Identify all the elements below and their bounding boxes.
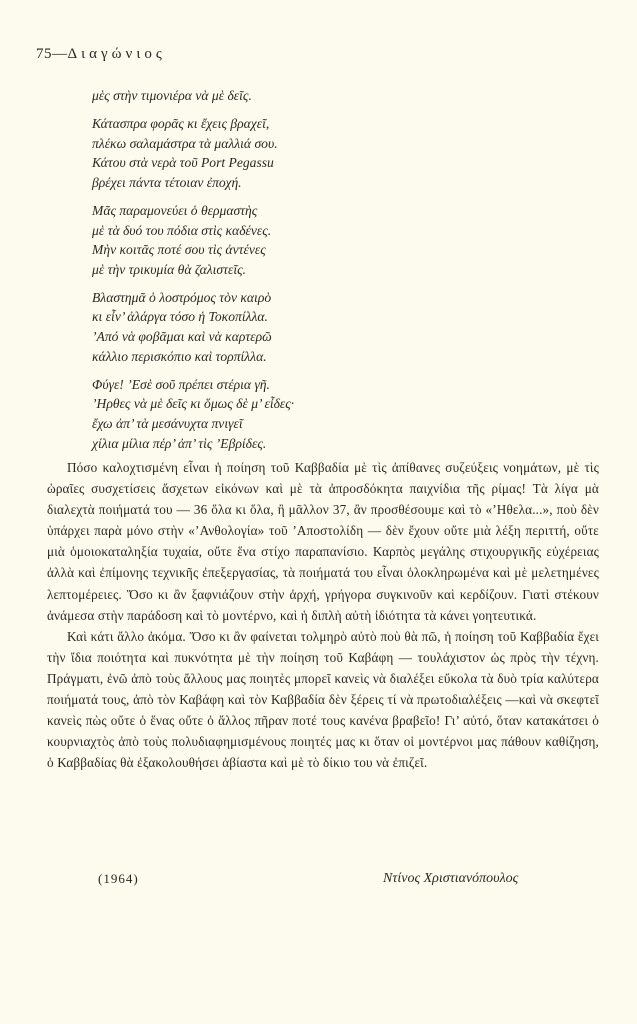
poem-line: Φύγε! ’Εσὲ σοῦ πρέπει στέρια γῆ. [92,375,512,395]
poem-stanza: μὲς στὴν τιμονιέρα νὰ μὲ δεῖς. [92,86,512,106]
essay-body: Πόσο καλοχτισμένη εἶναι ἡ ποίηση τοῦ Καβ… [47,457,599,773]
poem-stanza: Κάτασπρα φορᾶς κι ἔχεις βραχεῖ, πλέκω σα… [92,114,512,192]
poem-line: χίλια μίλια πέρ’ ἀπ’ τὶς ’Εβρίδες. [92,434,512,454]
author-signature: Ντίνος Χριστιανόπουλος [383,871,518,887]
poem-line: Μᾶς παραμονεύει ὁ θερμαστὴς [92,201,512,221]
poem-line: βρέχει πάντα τέτοιαν ἐποχή. [92,173,512,193]
poem-line: μὲ τὴν τρικυμία θὰ ζαλιστεῖς. [92,260,512,280]
publication-year: (1964) [98,871,139,887]
poem-line: μὲ τὰ δυό του πόδια στὶς καδένες. [92,221,512,241]
poem-line: ’Ηρθες νὰ μὲ δεῖς κι ὅμως δὲ μ’ εἶδες· [92,394,512,414]
header-separator: — [52,46,68,62]
poem-line: Κάτου στὰ νερὰ τοῦ Port Pegassu [92,153,512,173]
poem-stanza: Μᾶς παραμονεύει ὁ θερμαστὴς μὲ τὰ δυό το… [92,201,512,279]
poem-line: Κάτασπρα φορᾶς κι ἔχεις βραχεῖ, [92,114,512,134]
poem-line: μὲς στὴν τιμονιέρα νὰ μὲ δεῖς. [92,86,512,106]
poem-stanza: Φύγε! ’Εσὲ σοῦ πρέπει στέρια γῆ. ’Ηρθες … [92,375,512,453]
poem-line: πλέκω σαλαμάστρα τὰ μαλλιά σου. [92,134,512,154]
poem-stanza: Βλαστημᾶ ὁ λοστρόμος τὸν καιρὸ κι εἶν’ ἀ… [92,288,512,366]
poem-excerpt: μὲς στὴν τιμονιέρα νὰ μὲ δεῖς. Κάτασπρα … [92,86,512,462]
document-page: 75—Διαγώνιος μὲς στὴν τιμονιέρα νὰ μὲ δε… [0,0,637,1024]
poem-line: ἔχω ἀπ’ τὰ μεσάνυχτα πνιγεῖ [92,414,512,434]
poem-line: κι εἶν’ ἀλάργα τόσο ἡ Τοκοπίλλα. [92,307,512,327]
poem-line: Βλαστημᾶ ὁ λοστρόμος τὸν καιρὸ [92,288,512,308]
page-number: 75 [36,46,52,62]
poem-line: Μὴν κοιτᾶς ποτέ σου τὶς ἀντένες [92,240,512,260]
page-header: 75—Διαγώνιος [36,46,166,63]
essay-paragraph: Καὶ κάτι ἄλλο ἀκόμα. Ὅσο κι ἂν φαίνεται … [47,626,599,774]
poem-line: ’Από νὰ φοβᾶμαι καὶ νὰ καρτερῶ [92,327,512,347]
running-title: Διαγώνιος [68,46,166,62]
essay-paragraph: Πόσο καλοχτισμένη εἶναι ἡ ποίηση τοῦ Καβ… [47,457,599,626]
poem-line: κάλλιο περισκόπιο καὶ τορπίλλα. [92,347,512,367]
